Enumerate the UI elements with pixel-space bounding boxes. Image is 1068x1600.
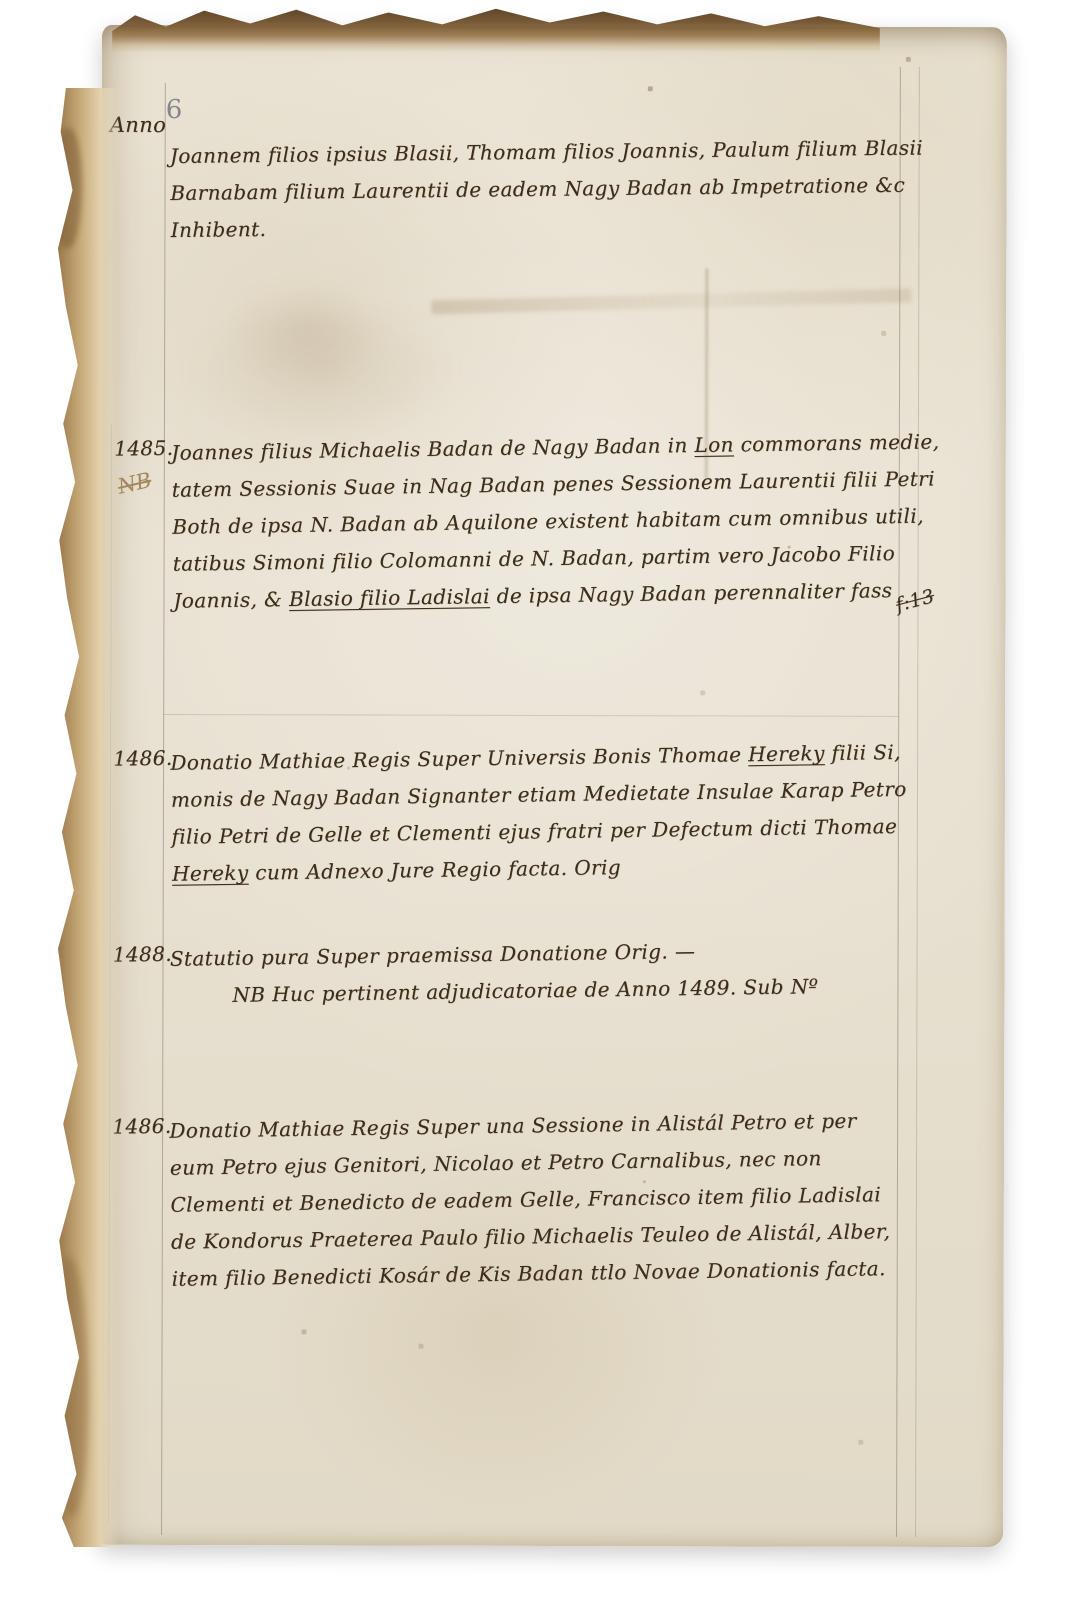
- entry-1486-donatio: 1486. Donatio Mathiae Regis Super Univer…: [100, 733, 980, 746]
- entry-year: 1486.: [112, 1114, 172, 1139]
- underlined-phrase: Hereky: [748, 741, 825, 766]
- entry-year: 1485.: [114, 436, 174, 461]
- underlined-phrase: Lon: [694, 432, 734, 457]
- manuscript-page: Anno 6 Joannem filios ipsius Blasii, Tho…: [98, 25, 1007, 1547]
- verso-showthrough: [221, 275, 391, 385]
- foxing-speckles: [102, 25, 103, 26]
- entry-year: 1486.: [113, 746, 173, 771]
- entry-1488-statutio: 1488. Statutio pura Super praemissa Dona…: [100, 929, 980, 942]
- entry-1485: 1485. NB Joannes filius Michaelis Badan …: [101, 423, 981, 436]
- margin-rule-year-column: [161, 83, 166, 1535]
- folio-number: 6: [166, 95, 183, 125]
- scanned-manuscript: Anno 6 Joannem filios ipsius Blasii, Tho…: [0, 0, 1068, 1600]
- verso-showthrough: [181, 295, 461, 446]
- entry-inhibition: Joannem filios ipsius Blasii, Thomam fil…: [102, 129, 982, 139]
- underlined-phrase: Blasio filio Ladislai: [289, 584, 490, 611]
- torn-top-edge: [112, 6, 880, 52]
- verso-showthrough: [431, 288, 911, 314]
- underlined-phrase: Hereky: [172, 861, 249, 886]
- entry-1486-donatio-alistal: 1486. Donatio Mathiae Regis Super una Se…: [99, 1101, 979, 1114]
- section-rule-horizontal: [163, 714, 898, 717]
- margin-rule-right-2: [915, 67, 920, 1537]
- entry-year: 1488.: [113, 942, 173, 967]
- page-edge-stack: [54, 88, 120, 1547]
- year-margin-note-struck: NB: [115, 468, 153, 499]
